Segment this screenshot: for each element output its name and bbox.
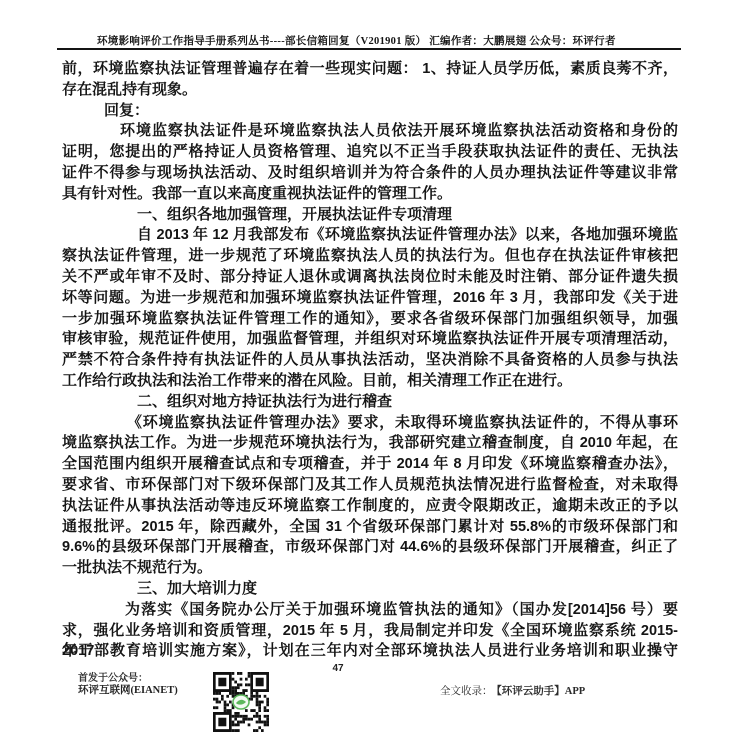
qr-code: [213, 672, 269, 732]
document-body: 前，环境监察执法证管理普遍存在着一些现实问题： 1、持证人员学历低，素质良莠不齐…: [62, 59, 678, 662]
footer-left: 首发于公众号： 环评互联网(EIANET): [78, 673, 178, 697]
body-line: 回复：: [62, 101, 678, 122]
body-line: 要求省、市环保部门对下级环保部门及其工作人员规范执法情况进行监督检查，对未取得: [62, 475, 678, 496]
body-line: 执法证件从事执法活动等违反环境监察工作制度的，应责令限期改正，逾期未改正的予以: [62, 496, 678, 517]
body-line: 全国范围内组织开展稽查试点和专项稽查，并于 2014 年 8 月印发《环境监察稽…: [62, 454, 678, 475]
footer-source-label: 首发于公众号：: [78, 673, 178, 685]
footer-app-name: 【环评云助手】APP: [497, 686, 586, 697]
footer-collection-label: 全文收录：: [440, 686, 493, 697]
body-line: 察执法证件管理，进一步规范了环境监察执法人员的执法行为。但也存在执法证件审核把: [62, 246, 678, 267]
footer-right: 全文收录：【环评云助手】APP: [440, 683, 585, 698]
body-line: 年干部教育培训实施方案》，计划在三年内对全部环境执法人员进行业务培训和职业操守: [62, 641, 678, 662]
document-page: 环境影响评价工作指导手册系列丛书----部长信箱回复（V201901 版） 汇编…: [0, 0, 740, 740]
header-title: 环境影响评价工作指导手册系列丛书----部长信箱回复（V201901 版） 汇编…: [97, 33, 616, 48]
body-line: 前，环境监察执法证管理普遍存在着一些现实问题： 1、持证人员学历低，素质良莠不齐…: [62, 59, 678, 80]
body-line: 求，强化业务培训和资质管理，2015 年 5 月，我局制定并印发《全国环境监察系…: [62, 621, 678, 642]
header-rule: [57, 48, 681, 50]
body-line: 为落实《国务院办公厅关于加强环境监管执法的通知》（国办发[2014]56 号）要: [62, 600, 678, 621]
body-line: 具有针对性。我部一直以来高度重视执法证件的管理工作。: [62, 184, 678, 205]
body-line: 三、加大培训力度: [62, 579, 678, 600]
body-line: 境监察执法工作。为进一步规范环境执法行为，我部研究建立稽查制度，自 2010 年…: [62, 433, 678, 454]
body-line: 一批执法不规范行为。: [62, 558, 678, 579]
body-line: 《环境监察执法证件管理办法》要求，未取得环境监察执法证件的，不得从事环: [62, 413, 678, 434]
body-line: 环境监察执法证件是环境监察执法人员依法开展环境监察执法活动资格和身份的: [62, 121, 678, 142]
body-line: 证明，您提出的严格持证人员资格管理、追究以不正当手段获取执法证件的责任、无执法: [62, 142, 678, 163]
body-line: 二、组织对地方持证执法行为进行稽查: [62, 392, 678, 413]
body-line: 通报批评。2015 年，除西藏外，全国 31 个省级环保部门累计对 55.8%的…: [62, 517, 678, 538]
body-line: 坏等问题。为进一步规范和加强环境监察执法证件管理，2016 年 3 月，我部印发…: [62, 288, 678, 309]
footer-source-name: 环评互联网(EIANET): [78, 685, 178, 697]
body-line: 严禁不符合条件持有执法证件的人员从事执法活动，坚决消除不具备资格的人员参与执法: [62, 350, 678, 371]
body-line: 证件不得参与现场执法活动、及时组织培训并为符合条件的人员办理执法证件等建议非常: [62, 163, 678, 184]
body-line: 9.6%的县级环保部门开展稽查，市级环保部门对 44.6%的县级环保部门开展稽查…: [62, 537, 678, 558]
page-number: 47: [326, 663, 350, 674]
body-line: 关不严或年审不及时、部分持证人退休或调离执法岗位时未能及时注销、部分证件遗失损: [62, 267, 678, 288]
body-line: 审核审验，规范证件使用，加强监督管理，并组织对环境监察执法证件开展专项清理活动，: [62, 329, 678, 350]
body-line: 存在混乱持有现象。: [62, 80, 678, 101]
body-line: 工作给行政执法和法治工作带来的潜在风险。目前，相关清理工作正在进行。: [62, 371, 678, 392]
body-line: 一、组织各地加强管理，开展执法证件专项清理: [62, 205, 678, 226]
body-line: 自 2013 年 12 月我部发布《环境监察执法证件管理办法》以来，各地加强环境…: [62, 225, 678, 246]
body-line: 一步加强环境监察执法证件管理工作的通知》，要求各省级环保部门加强组织领导，加强: [62, 309, 678, 330]
